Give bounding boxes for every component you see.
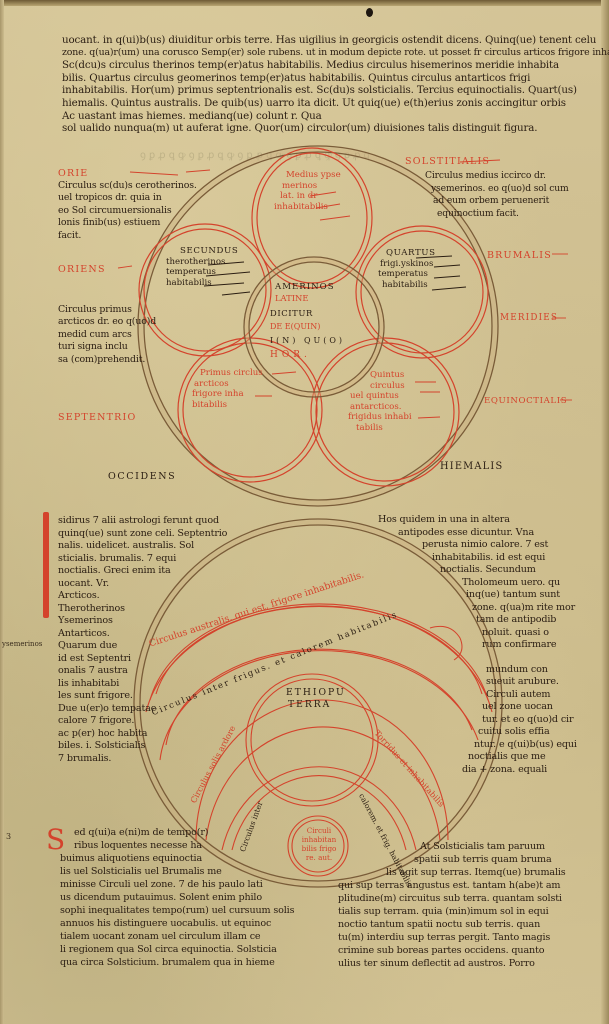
text-line: annuos his distinguere uocabulis. ut equ…: [60, 917, 294, 930]
bottom-left-text: ed q(ui)a e(ni)m de tempo(r) ribus loque…: [60, 826, 294, 969]
gloss-line: sa (com)prehendit.: [58, 354, 156, 366]
text-line: buimus aliquotiens equinoctia: [60, 852, 294, 865]
text-line: uocant. Vr.: [58, 578, 227, 591]
left-gloss-block: Circulus primus arcticos dr. eo q(uo)d m…: [58, 304, 156, 366]
petal-label: frigi.yskinos: [380, 259, 433, 270]
manuscript-page: ꝯ ꝑ ꝓ ꝗ ꝙ ꝯ ꝑ ꝓ ꝗ ꝙ ꝯ ꝑ ꝓ ꝗ ꝙ ꝯ ꝑ ꝓ ꝗ ꝙ …: [0, 0, 609, 1024]
text-line: tialis sup terram. quia (min)imum sol in…: [330, 905, 566, 918]
text-line: sophi inequalitates tempo(rum) uel cursu…: [60, 904, 294, 917]
text-line: tam de antipodib: [378, 614, 577, 627]
text-line: ntur. e q(ui)b(us) equi: [378, 739, 577, 752]
gloss-line: turi signa inclu: [58, 341, 156, 353]
text-line: Therotherinos: [58, 603, 227, 616]
text-line: spatii sub terris quam bruma: [330, 853, 566, 866]
text-line: mundum con: [378, 664, 577, 677]
text-line: calore 7 frigore.: [58, 715, 227, 728]
ethiopia-label: ETHIOPU: [286, 688, 346, 699]
rubric-label: SEPTENTRIO: [58, 412, 136, 423]
gloss-line: eo Sol circumuersionalis: [58, 205, 197, 217]
text-line: zone. q(ua)m rite mor: [378, 602, 577, 615]
text-line: ac p(er) hoc habita: [58, 728, 227, 741]
left-petal: [139, 224, 271, 356]
text-line: Due u(er)o tempatae: [58, 703, 227, 716]
text-line: tialem uocant zonam uel circulum illam c…: [60, 930, 294, 943]
text-line: tur. et eo q(uo)d cir: [378, 714, 577, 727]
middle-left-text: sidirus 7 alii astrologi ferunt quod qui…: [58, 515, 227, 765]
text-line: qua circa Solsticium. brumalem qua in hi…: [60, 956, 294, 969]
center-label: HOR.: [270, 350, 311, 361]
text-line: At Solsticialis tam paruum: [330, 840, 566, 853]
text-line: sueuit arubure.: [378, 676, 577, 689]
text-line: perusta nimio calore. 7 est: [378, 539, 577, 552]
text-line: ribus loquentes necesse ha: [60, 839, 294, 852]
text-line: noluit. quasi o: [378, 627, 577, 640]
gloss-line: Circulus medius iccirco dr.: [425, 170, 569, 183]
text-line: noctialis. Secundum: [378, 564, 577, 577]
text-line: Hos quidem in una in altera: [378, 514, 577, 527]
petal-label: habitabilis: [166, 278, 225, 289]
rubric-label: ORIENS: [58, 264, 106, 275]
gloss-line: Circulus sc(du)s cerotherinos.: [58, 180, 197, 192]
gloss-line: arcticos dr. eo q(uo)d: [58, 316, 156, 328]
text-line: Circuli autem: [378, 689, 577, 702]
text-line: noctio tantum spatii noctu sub terris. q…: [330, 918, 566, 931]
text-line: noctialis. Greci enim ita: [58, 565, 227, 578]
petal-label: uel quintus: [350, 391, 414, 402]
text-line: uel zone uocan: [378, 701, 577, 714]
middle-right-text: Hos quidem in una in altera antipodes es…: [378, 514, 577, 776]
petal-label: bitabilis: [192, 400, 255, 411]
petal-label: temperatus: [166, 267, 225, 278]
right-petal-labels: QUARTUS frigi.yskinos temperatus habitab…: [378, 248, 431, 290]
terra-label: TERRA: [288, 700, 331, 711]
gloss-line: facit.: [58, 230, 197, 242]
text-line: rum confirmare: [378, 639, 577, 652]
gloss-line: equinoctium facit.: [425, 208, 569, 221]
rubric-label: MERIDIES: [500, 313, 558, 323]
center-label: DICITUR: [270, 308, 313, 319]
text-line: qui sup terras angustus est. tantam h(ab…: [330, 879, 566, 892]
text-line: 7 brumalis.: [58, 753, 227, 766]
petal-label: habitabilis: [382, 280, 435, 291]
text-line: lis uel Solsticialis uel Brumalis me: [60, 865, 294, 878]
initial-I-red: [43, 512, 49, 618]
text-line: Tholomeum uero. qu: [378, 577, 577, 590]
gloss-line: uel tropicos dr. quia in: [58, 192, 197, 204]
bottom-right-petal-labels: Quintus circulus uel quintus antarcticos…: [340, 370, 404, 434]
rubric-label: ORIE: [58, 168, 88, 179]
petal-label: lat. in dr: [280, 191, 335, 202]
gloss-line: ad eum orbem peruenerit: [425, 195, 569, 208]
petal-label: temperatus: [378, 269, 431, 280]
text-line: inhabitabilis. id est equi: [378, 552, 577, 565]
margin-note: ysemerinos: [2, 640, 42, 648]
left-petal-labels: SECUNDUS therotherinos temperatus habita…: [162, 246, 221, 288]
text-line: onalis 7 austra: [58, 665, 227, 678]
petal-label: inhabitabilis: [274, 202, 329, 213]
page-marker: 3: [6, 832, 11, 841]
rubric-label: BRUMALIS: [487, 250, 552, 261]
text-line: nalis. uidelicet. australis. Sol: [58, 540, 227, 553]
petal-label: arcticos: [194, 379, 257, 390]
text-line: cuitu solis effia: [378, 726, 577, 739]
top-petal-labels: Medius ypse merinos lat. in dr inhabitab…: [282, 170, 337, 212]
rubric-label: EQUINOCTIALIS: [484, 396, 567, 406]
text-line: li regionem qua Sol circa equinoctia. So…: [60, 943, 294, 956]
rubric-label: SOLSTITIALIS: [405, 156, 490, 167]
petal-label: Quintus: [370, 370, 434, 381]
petal-label: frigidus inhabi: [348, 412, 412, 423]
center-label: LATINE: [275, 293, 309, 304]
petal-label: QUARTUS: [386, 248, 439, 259]
petal-label: circulus: [370, 381, 434, 392]
center-label: AMERINOS: [275, 282, 335, 293]
occidens-label: OCCIDENS: [108, 472, 176, 483]
text-line: plitudine(m) circuitus sub terra. quanta…: [330, 892, 566, 905]
text-line: Arcticos.: [58, 590, 227, 603]
petal-label: Medius ypse: [286, 170, 341, 181]
text-line: Quarum due: [58, 640, 227, 653]
text-line: id est Septentri: [58, 653, 227, 666]
gloss-line: medid cum arcs: [58, 329, 156, 341]
right-gloss-block: Circulus medius iccirco dr. ysemerinos. …: [425, 170, 569, 220]
text-line: crimine sub boreas partes occidens. quan…: [330, 944, 566, 957]
text-line: us dicendum putauimus. Solent enim philo: [60, 891, 294, 904]
text-line: sticialis. brumalis. 7 equi: [58, 553, 227, 566]
petal-label: therotherinos: [166, 257, 225, 268]
center-label: I(N) QU(O): [270, 336, 345, 347]
left-gloss-block: Circulus sc(du)s cerotherinos. uel tropi…: [58, 180, 197, 242]
hiemalis-label: HIEMALIS: [440, 462, 503, 473]
text-line: sidirus 7 alii astrologi ferunt quod: [58, 515, 227, 528]
petal-label: merinos: [282, 181, 337, 192]
bottom-right-text: spatio terras sup sub tusq(ue) circumfle…: [330, 814, 566, 970]
bottom-left-petal-labels: Primus circlus arcticos frigore inha bit…: [196, 368, 259, 410]
text-line: ed q(ui)a e(ni)m de tempo(r): [60, 826, 294, 839]
text-line: inq(ue) tantum sunt: [378, 589, 577, 602]
text-line: tu(m) interdiu sup terras pergit. Tanto …: [330, 931, 566, 944]
petal-label: SECUNDUS: [180, 246, 239, 257]
text-line: ulius ter sinum deflectit ad austros. Po…: [330, 957, 566, 970]
petal-label: tabilis: [356, 423, 420, 434]
petal-label: antarcticos.: [350, 402, 414, 413]
gloss-line: lonis finib(us) estiuem: [58, 217, 197, 229]
gloss-line: ysemerinos. eo q(uo)d sol cum: [425, 183, 569, 196]
text-line: minisse Circuli uel zone. 7 de his paulo…: [60, 878, 294, 891]
text-line: quinq(ue) sunt zone celi. Septentrio: [58, 528, 227, 541]
petal-label: frigore inha: [192, 389, 255, 400]
text-line: lis agit sup terras. Itemq(ue) brumalis: [330, 866, 566, 879]
text-line: biles. i. Solsticialis: [58, 740, 227, 753]
petal-label: Primus circlus: [200, 368, 263, 379]
center-label: DE E(QUIN): [270, 322, 320, 333]
text-line: antipodes esse dicuntur. Vna: [378, 527, 577, 540]
gloss-line: Circulus primus: [58, 304, 156, 316]
top-petal: [252, 148, 372, 288]
